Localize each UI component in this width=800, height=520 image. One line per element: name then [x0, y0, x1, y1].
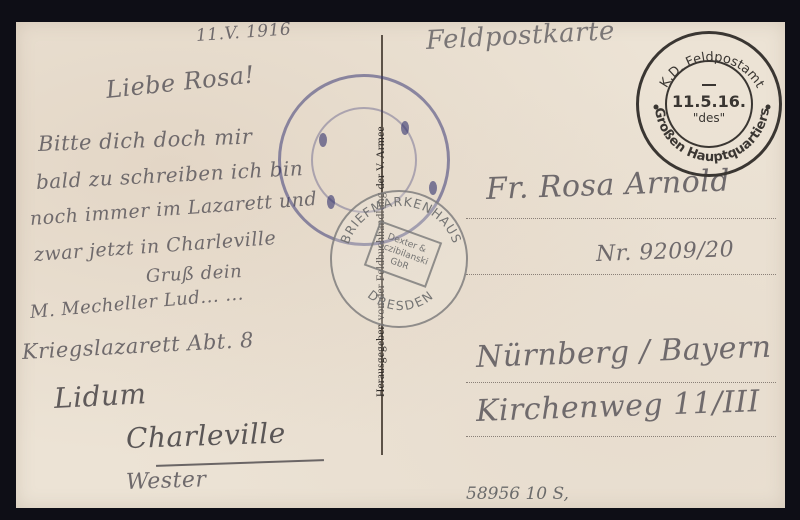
svg-text:DRESDEN: DRESDEN: [365, 287, 437, 313]
address-line: [466, 382, 776, 383]
recipient-line: Nürnberg / Bayern: [475, 330, 772, 375]
handwritten-date: 11.V. 1916: [195, 19, 292, 46]
dealer-stamp: BRIEFMARKENHAUS DRESDEN Dexter & Sczibil…: [330, 190, 468, 328]
message-line: Bitte dich doch mir: [38, 125, 253, 156]
stamp-ink-blot: [319, 133, 327, 147]
message-line: noch immer im Lazarett und: [29, 188, 318, 230]
sender-line: Lidum: [53, 377, 147, 415]
stamp-ink-blot: [401, 121, 409, 135]
address-line: [466, 436, 776, 437]
recipient-line: Nr. 9209/20: [596, 237, 735, 267]
underline: [156, 459, 324, 467]
dealer-note: 58956 10 S,: [466, 484, 569, 504]
stamp-center-text: "des": [693, 111, 725, 125]
address-line: [466, 274, 776, 275]
sender-line: Wester: [126, 467, 207, 495]
message-line: bald zu schreiben ich bin: [35, 156, 303, 194]
sender-line: Kriegslazarett Abt. 8: [21, 328, 254, 364]
stamp-date: 11.5.16.: [672, 92, 746, 111]
postcard: 11.V. 1916 Feldpostkarte Liebe Rosa! Bit…: [16, 22, 785, 508]
message-line: Gruß dein: [145, 261, 242, 287]
stamp-dash: [702, 84, 716, 86]
sender-line: Charleville: [125, 416, 286, 455]
message-line: M. Mecheller Lud... ...: [29, 283, 244, 323]
handwritten-header: Feldpostkarte: [425, 16, 615, 56]
stamp-inner-ring: 11.5.16. "des": [665, 60, 753, 148]
message-greeting: Liebe Rosa!: [105, 60, 256, 103]
field-post-office-stamp: K.D. Feldpostamt Großen Hauptquartiers 1…: [636, 31, 782, 177]
address-line: [466, 218, 776, 219]
recipient-line: Kirchenweg 11/III: [475, 384, 760, 429]
